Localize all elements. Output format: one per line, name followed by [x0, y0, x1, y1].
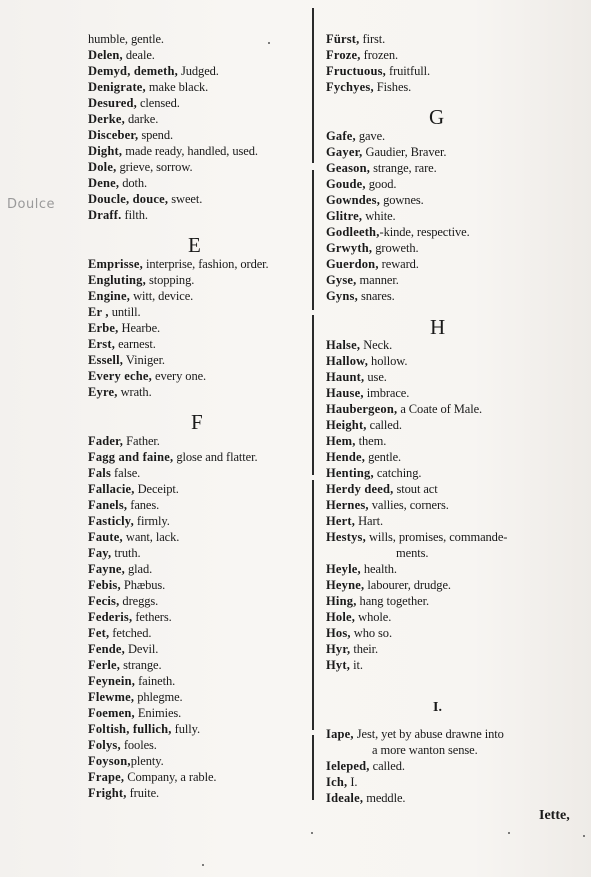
glossary-entry: Ich, I. [326, 775, 357, 790]
section-heading-i: I. [433, 697, 442, 719]
column-rule [312, 735, 314, 800]
glossary-entry: Ideale, meddle. [326, 791, 405, 806]
glossary-entry: Hallow, hollow. [326, 354, 407, 369]
glossary-entry: Essell, Viniger. [88, 353, 165, 368]
glossary-entry: Iape, Jest, yet by abuse drawne into [326, 727, 504, 742]
section-heading-g: G [429, 106, 444, 128]
glossary-entry: Dene, doth. [88, 176, 147, 191]
column-rule [312, 8, 314, 163]
glossary-entry: Disceber, spend. [88, 128, 173, 143]
ink-speck [583, 835, 585, 837]
glossary-entry: Denigrate, make black. [88, 80, 208, 95]
glossary-entry: Fallacie, Deceipt. [88, 482, 179, 497]
glossary-entry: Desured, clensed. [88, 96, 180, 111]
glossary-entry: Haubergeon, a Coate of Male. [326, 402, 482, 417]
section-heading-h: H [430, 316, 445, 338]
glossary-entry-continuation: ments. [396, 546, 428, 561]
glossary-entry: Faute, want, lack. [88, 530, 179, 545]
glossary-entry: Goude, good. [326, 177, 396, 192]
glossary-entry: Height, called. [326, 418, 402, 433]
book-page: Doulce humble, gentle. Delen, deale. Dem… [0, 0, 591, 877]
glossary-entry: Fructuous, fruitfull. [326, 64, 430, 79]
glossary-entry: Erst, earnest. [88, 337, 156, 352]
column-rule [312, 170, 314, 310]
glossary-entry: Fürst, first. [326, 32, 385, 47]
column-rule [312, 315, 314, 475]
glossary-entry: Fanels, fanes. [88, 498, 159, 513]
ink-speck [202, 864, 204, 866]
glossary-entry: Heyle, health. [326, 562, 397, 577]
glossary-entry: Feynein, faineth. [88, 674, 175, 689]
glossary-entry: Fychyes, Fishes. [326, 80, 411, 95]
glossary-entry: Fagg and faine, glose and flatter. [88, 450, 258, 465]
glossary-entry: Frape, Company, a rable. [88, 770, 216, 785]
glossary-entry: Henting, catching. [326, 466, 421, 481]
glossary-entry: Engine, witt, device. [88, 289, 193, 304]
glossary-entry: Fals false. [88, 466, 140, 481]
catchword: Iette, [539, 808, 570, 824]
column-rule [312, 480, 314, 730]
glossary-entry: Halse, Neck. [326, 338, 392, 353]
glossary-entry: Fader, Father. [88, 434, 160, 449]
ink-speck [508, 832, 510, 834]
glossary-entry: Foyson,plenty. [88, 754, 164, 769]
glossary-entry: Fet, fetched. [88, 626, 151, 641]
glossary-entry: Gyns, snares. [326, 289, 395, 304]
glossary-entry: Gafe, gave. [326, 129, 385, 144]
glossary-entry: Heyne, labourer, drudge. [326, 578, 451, 593]
glossary-entry: Fecis, dreggs. [88, 594, 158, 609]
glossary-entry-continuation: a more wanton sense. [372, 743, 478, 758]
glossary-entry: Foltish, fullich, fully. [88, 722, 200, 737]
glossary-entry: Guerdon, reward. [326, 257, 419, 272]
glossary-entry: Hause, imbrace. [326, 386, 409, 401]
glossary-entry: Federis, fethers. [88, 610, 172, 625]
glossary-entry: Foemen, Enimies. [88, 706, 181, 721]
glossary-entry: Every eche, every one. [88, 369, 206, 384]
glossary-entry: Erbe, Hearbe. [88, 321, 160, 336]
glossary-entry: Dole, grieve, sorrow. [88, 160, 192, 175]
glossary-entry: Hem, them. [326, 434, 386, 449]
glossary-entry: Hernes, vallies, corners. [326, 498, 449, 513]
section-heading-f: F [191, 411, 203, 433]
glossary-entry: Hende, gentle. [326, 450, 401, 465]
glossary-entry: Eyre, wrath. [88, 385, 152, 400]
ink-speck [311, 832, 313, 834]
glossary-entry: Fright, fruite. [88, 786, 159, 801]
glossary-entry: Ferle, strange. [88, 658, 162, 673]
glossary-entry: Hos, who so. [326, 626, 392, 641]
glossary-entry: Haunt, use. [326, 370, 387, 385]
glossary-entry: Derke, darke. [88, 112, 158, 127]
section-heading-e: E [188, 234, 201, 256]
glossary-entry: Geason, strange, rare. [326, 161, 437, 176]
glossary-entry: Hert, Hart. [326, 514, 383, 529]
glossary-entry: Fay, truth. [88, 546, 141, 561]
glossary-entry: Hestys, wills, promises, commande- [326, 530, 507, 545]
glossary-entry: Folys, fooles. [88, 738, 157, 753]
glossary-entry: Glitre, white. [326, 209, 396, 224]
glossary-entry: Grwyth, groweth. [326, 241, 419, 256]
glossary-entry: Doucle, douce, sweet. [88, 192, 202, 207]
glossary-entry: Emprisse, interprise, fashion, order. [88, 257, 269, 272]
glossary-entry: Hyr, their. [326, 642, 378, 657]
glossary-entry: Hole, whole. [326, 610, 391, 625]
glossary-entry: Febis, Phæbus. [88, 578, 165, 593]
glossary-entry: Fasticly, firmly. [88, 514, 170, 529]
ink-speck [268, 42, 270, 44]
glossary-entry: Froze, frozen. [326, 48, 398, 63]
glossary-entry: Fende, Devil. [88, 642, 158, 657]
glossary-entry: Hyt, it. [326, 658, 363, 673]
glossary-entry: Fayne, glad. [88, 562, 152, 577]
glossary-entry: Gayer, Gaudier, Braver. [326, 145, 446, 160]
glossary-entry: Draff. filth. [88, 208, 148, 223]
glossary-entry: Flewme, phlegme. [88, 690, 183, 705]
glossary-entry: Gowndes, gownes. [326, 193, 424, 208]
glossary-entry: Delen, deale. [88, 48, 155, 63]
glossary-entry: Herdy deed, stout act [326, 482, 438, 497]
glossary-entry: Er , untill. [88, 305, 141, 320]
glossary-entry: Godleeth,-kinde, respective. [326, 225, 470, 240]
handwritten-margin-note: Doulce [7, 197, 55, 212]
glossary-entry: Gyse, manner. [326, 273, 399, 288]
glossary-entry: Ieleped, called. [326, 759, 405, 774]
glossary-entry: Hing, hang together. [326, 594, 429, 609]
glossary-entry: humble, gentle. [88, 32, 164, 47]
glossary-entry: Dight, made ready, handled, used. [88, 144, 258, 159]
glossary-entry: Engluting, stopping. [88, 273, 194, 288]
glossary-entry: Demyd, demeth, Judged. [88, 64, 219, 79]
